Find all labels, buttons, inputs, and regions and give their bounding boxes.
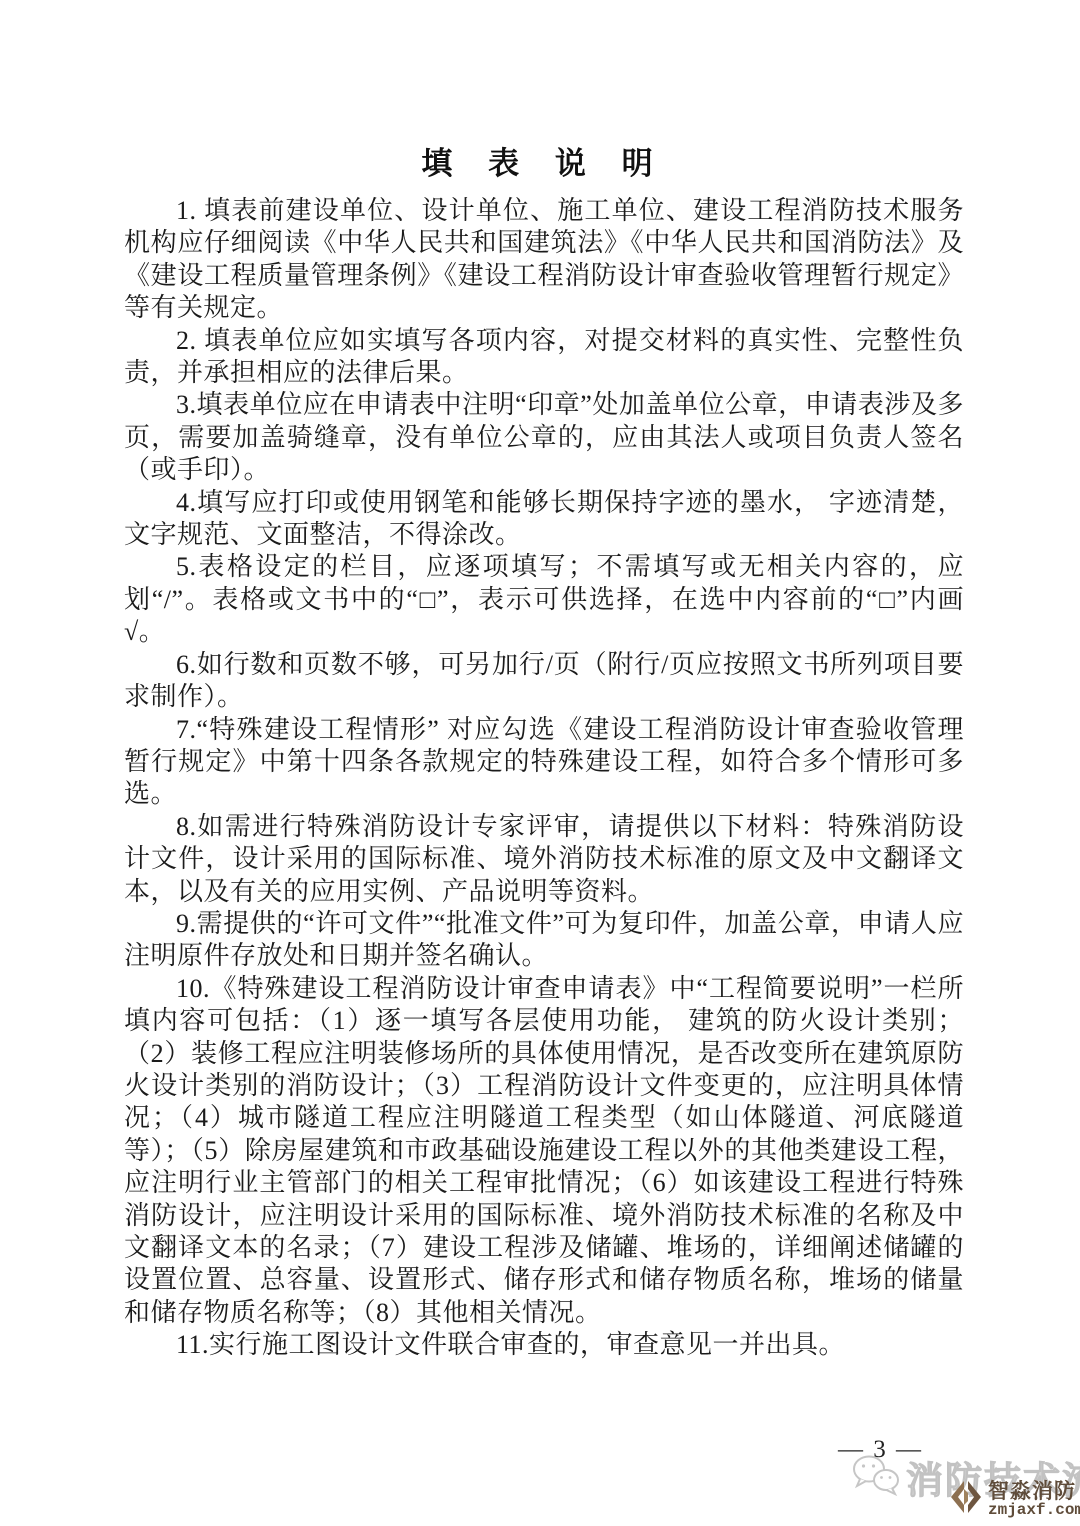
document-body: 填 表 说 明 1. 填表前建设单位、设计单位、施工单位、建设工程消防技术服务机… xyxy=(124,138,964,1362)
paragraph-5: 5.表格设定的栏目，应逐项填写；不需填写或无相关内容的，应划“/”。表格或文书中… xyxy=(124,551,964,648)
brand-url-text: zmjaxf.com xyxy=(988,1502,1080,1519)
paragraph-1: 1. 填表前建设单位、设计单位、施工单位、建设工程消防技术服务机构应仔细阅读《中… xyxy=(124,195,964,325)
brand-name: 智淼消防 xyxy=(988,1480,1080,1502)
paragraph-2: 2. 填表单位应如实填写各项内容，对提交材料的真实性、完整性负责，并承担相应的法… xyxy=(124,325,964,390)
page-title: 填 表 说 明 xyxy=(124,138,964,183)
wechat-chat-bubbles-icon xyxy=(850,1453,902,1502)
paragraph-7: 7.“特殊建设工程情形” 对应勾选《建设工程消防设计审查验收管理暂行规定》中第十… xyxy=(124,714,964,811)
paragraph-3: 3.填表单位应在申请表中注明“印章”处加盖单位公章，申请表涉及多页，需要加盖骑缝… xyxy=(124,389,964,486)
diamond-logo-icon xyxy=(948,1478,984,1521)
paragraph-11: 11.实行施工图设计文件联合审查的，审查意见一并出具。 xyxy=(124,1329,964,1361)
paragraph-8: 8.如需进行特殊消防设计专家评审，请提供以下材料：特殊消防设计文件，设计采用的国… xyxy=(124,811,964,908)
brand-logo: 智淼消防 zmjaxf.com xyxy=(948,1478,1080,1521)
paragraph-6: 6.如行数和页数不够，可另加行/页（附行/页应按照文书所列项目要求制作）。 xyxy=(124,649,964,714)
paragraph-10: 10.《特殊建设工程消防设计审查申请表》中“工程简要说明”一栏所填内容可包括：（… xyxy=(124,973,964,1329)
paragraph-9: 9.需提供的“许可文件”“批准文件”可为复印件，加盖公章，申请人应注明原件存放处… xyxy=(124,908,964,973)
document-page: { "doc": { "title": "填 表 说 明", "paragrap… xyxy=(0,0,1080,1526)
paragraph-4: 4.填写应打印或使用钢笔和能够长期保持字迹的墨水， 字迹清楚，文字规范、文面整洁… xyxy=(124,487,964,552)
